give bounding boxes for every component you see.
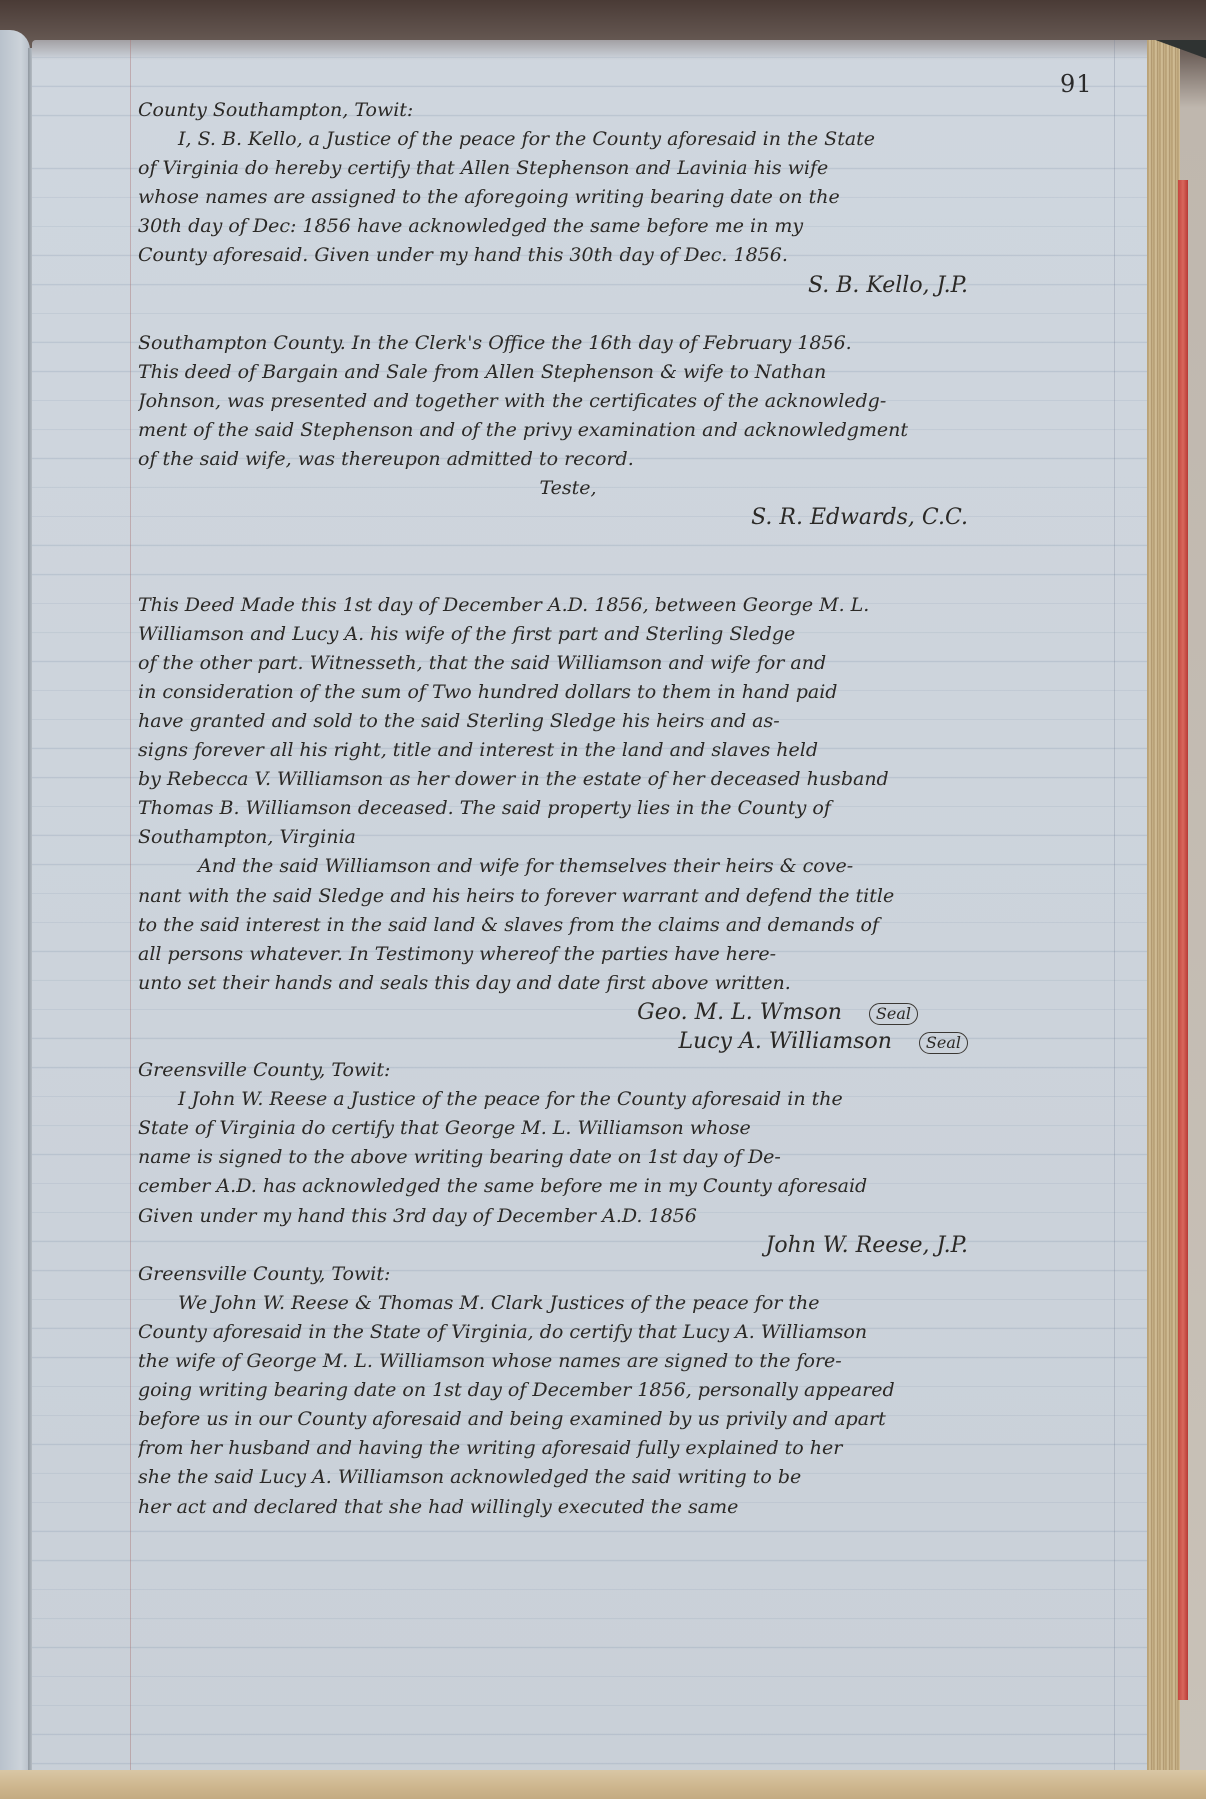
certificate-line: I, S. B. Kello, a Justice of the peace f… [138,125,998,154]
clerk-line: ment of the said Stephenson and of the p… [138,416,998,445]
deed-line: of the other part. Witnesseth, that the … [138,649,998,678]
deed-line: Thomas B. Williamson deceased. The said … [138,794,998,823]
signature-name: Lucy A. Williamson [678,1029,891,1054]
deed-body: This Deed Made this 1st day of December … [138,591,998,1057]
left-margin-rule [130,40,131,1775]
signature-name: Geo. M. L. Wmson [637,1000,842,1025]
kello-certificate: County Southampton, Towit: I, S. B. Kell… [138,96,998,300]
certificate-line: from her husband and having the writing … [138,1434,998,1463]
certificate-line: of Virginia do hereby certify that Allen… [138,154,998,183]
book-cover-corner [1150,40,1206,80]
edwards-signature: S. R. Edwards, C.C. [138,503,998,532]
deed-line: This Deed Made this 1st day of December … [138,591,998,620]
certificate-line: she the said Lucy A. Williamson acknowle… [138,1463,998,1492]
clerk-line: This deed of Bargain and Sale from Allen… [138,358,998,387]
covenant-line: nant with the said Sledge and his heirs … [138,882,998,911]
clerk-line: Southampton County. In the Clerk's Offic… [138,329,998,358]
certificate-heading: County Southampton, Towit: [138,96,998,125]
page-number: 91 [1060,70,1093,98]
facing-page-edge [0,30,30,1775]
covenant-line: all persons whatever. In Testimony where… [138,940,998,969]
reese-certificate: Greensville County, Towit: I John W. Ree… [138,1056,998,1260]
george-signature: Geo. M. L. Wmson Seal [138,998,998,1027]
certificate-line: cember A.D. has acknowledged the same be… [138,1172,998,1201]
certificate-heading: Greensville County, Towit: [138,1056,998,1085]
clerk-line: Johnson, was presented and together with… [138,387,998,416]
deed-line: in consideration of the sum of Two hundr… [138,678,998,707]
deed-line: signs forever all his right, title and i… [138,736,998,765]
covenant-line: to the said interest in the said land & … [138,911,998,940]
kello-signature: S. B. Kello, J.P. [138,271,998,300]
certificate-line: State of Virginia do certify that George… [138,1114,998,1143]
lucy-signature: Lucy A. Williamson Seal [138,1027,998,1056]
wooden-table [0,1770,1206,1799]
clerk-line: of the said wife, was thereupon admitted… [138,445,998,474]
spacer [138,532,998,590]
certificate-line: We John W. Reese & Thomas M. Clark Justi… [138,1289,998,1318]
seal-mark: Seal [869,1003,918,1025]
certificate-line: County aforesaid in the State of Virgini… [138,1318,998,1347]
certificate-line: I John W. Reese a Justice of the peace f… [138,1085,998,1114]
certificate-line: the wife of George M. L. Williamson whos… [138,1347,998,1376]
handwritten-record: County Southampton, Towit: I, S. B. Kell… [138,96,998,1522]
certificate-line: 30th day of Dec: 1856 have acknowledged … [138,212,998,241]
certificate-line: going writing bearing date on 1st day of… [138,1376,998,1405]
deed-line: have granted and sold to the said Sterli… [138,707,998,736]
red-book-edge [1178,180,1188,1700]
certificate-line: name is signed to the above writing bear… [138,1143,998,1172]
spacer [138,300,998,329]
teste-label: Teste, [138,474,998,503]
right-margin-rule [1114,40,1115,1775]
certificate-line: Given under my hand this 3rd day of Dece… [138,1202,998,1231]
reese-signature: John W. Reese, J.P. [138,1231,998,1260]
deed-line: Williamson and Lucy A. his wife of the f… [138,620,998,649]
certificate-line: before us in our County aforesaid and be… [138,1405,998,1434]
privy-examination-certificate: Greensville County, Towit: We John W. Re… [138,1260,998,1522]
certificate-heading: Greensville County, Towit: [138,1260,998,1289]
seal-mark: Seal [919,1032,968,1054]
covenant-line: And the said Williamson and wife for the… [138,852,998,881]
covenant-line: unto set their hands and seals this day … [138,969,998,998]
deed-line: by Rebecca V. Williamson as her dower in… [138,765,998,794]
certificate-line: whose names are assigned to the aforegoi… [138,183,998,212]
certificate-line: her act and declared that she had willin… [138,1493,998,1522]
deed-line: Southampton, Virginia [138,823,998,852]
certificate-line: County aforesaid. Given under my hand th… [138,241,998,270]
clerk-entry: Southampton County. In the Clerk's Offic… [138,329,998,533]
